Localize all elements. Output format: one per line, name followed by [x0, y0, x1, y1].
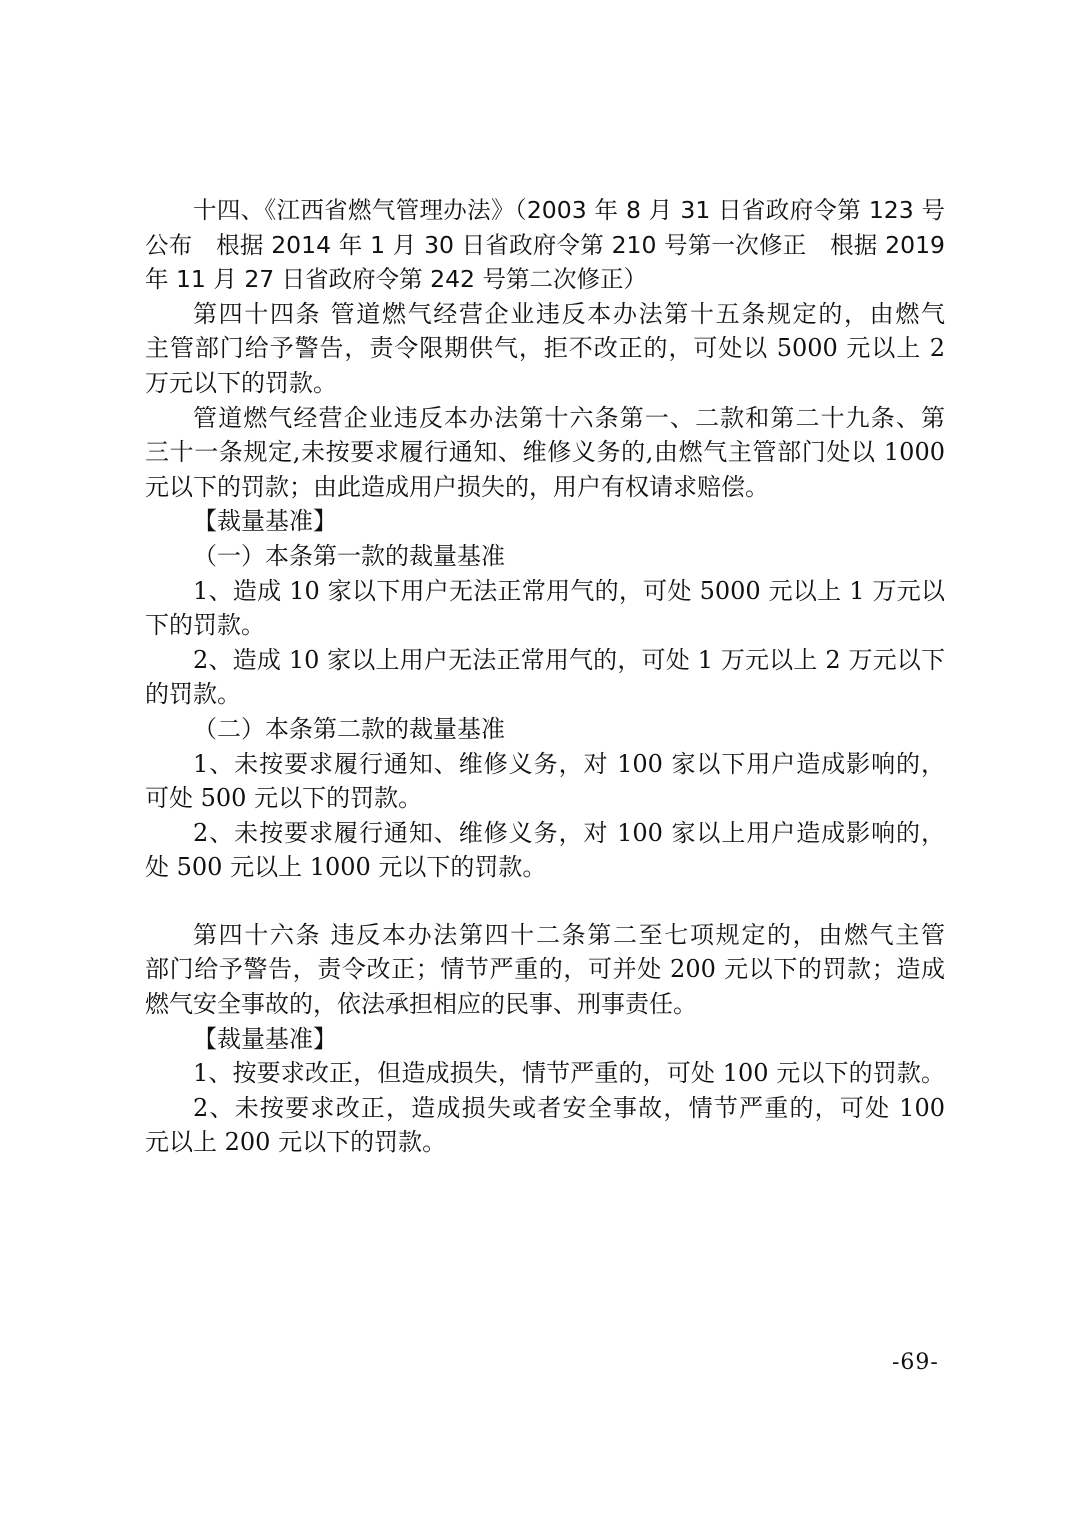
- text-line: 管道燃气经营企业违反本办法第十六条第一、二款和第二十九条、第: [145, 401, 945, 436]
- text-line: 2、未按要求履行通知、维修义务，对 100 家以上用户造成影响的，: [145, 816, 945, 851]
- paragraph-gap: [145, 885, 945, 918]
- discretion-standard-title: 【裁量基准】: [145, 1022, 945, 1057]
- document-body: 十四、《江西省燃气管理办法》（2003 年 8 月 31 日省政府令第 123 …: [145, 193, 945, 1160]
- text-line: 处 500 元以上 1000 元以下的罚款。: [145, 850, 945, 885]
- article-44: 第四十四条 管道燃气经营企业违反本办法第十五条规定的，由燃气 主管部门给予警告，…: [145, 297, 945, 885]
- article-44-paragraph-1: 第四十四条 管道燃气经营企业违反本办法第十五条规定的，由燃气 主管部门给予警告，…: [145, 297, 945, 401]
- heading-line: 十四、《江西省燃气管理办法》（2003 年 8 月 31 日省政府令第 123 …: [145, 193, 945, 228]
- text-line: 下的罚款。: [145, 608, 945, 643]
- text-line: 三十一条规定,未按要求履行通知、维修义务的,由燃气主管部门处以 1000: [145, 435, 945, 470]
- article-46-paragraph-1: 第四十六条 违反本办法第四十二条第二至七项规定的，由燃气主管 部门给予警告，责令…: [145, 918, 945, 1022]
- text-line: 1、未按要求履行通知、维修义务，对 100 家以下用户造成影响的，: [145, 747, 945, 782]
- text-line: 燃气安全事故的，依法承担相应的民事、刑事责任。: [145, 987, 945, 1022]
- article-44-paragraph-2: 管道燃气经营企业违反本办法第十六条第一、二款和第二十九条、第 三十一条规定,未按…: [145, 401, 945, 505]
- section-title: （二）本条第二款的裁量基准: [145, 712, 945, 747]
- regulation-heading: 十四、《江西省燃气管理办法》（2003 年 8 月 31 日省政府令第 123 …: [145, 193, 945, 297]
- section-title: （一）本条第一款的裁量基准: [145, 539, 945, 574]
- section-1-standard: （一）本条第一款的裁量基准 1、造成 10 家以下用户无法正常用气的，可处 50…: [145, 539, 945, 712]
- heading-line: 年 11 月 27 日省政府令第 242 号第二次修正）: [145, 262, 945, 297]
- page-number: -69-: [892, 1350, 939, 1375]
- text-line: 2、未按要求改正，造成损失或者安全事故，情节严重的，可处 100: [145, 1091, 945, 1126]
- text-line: 部门给予警告，责令改正；情节严重的，可并处 200 元以下的罚款；造成: [145, 952, 945, 987]
- text-line: 主管部门给予警告，责令限期供气，拒不改正的，可处以 5000 元以上 2: [145, 331, 945, 366]
- document-page: 十四、《江西省燃气管理办法》（2003 年 8 月 31 日省政府令第 123 …: [0, 0, 1075, 1520]
- text-line: 的罚款。: [145, 677, 945, 712]
- text-line: 2、造成 10 家以上用户无法正常用气的，可处 1 万元以上 2 万元以下: [145, 643, 945, 678]
- text-line: 第四十六条 违反本办法第四十二条第二至七项规定的，由燃气主管: [145, 918, 945, 953]
- text-line: 1、按要求改正，但造成损失，情节严重的，可处 100 元以下的罚款。: [145, 1056, 945, 1091]
- text-line: 1、造成 10 家以下用户无法正常用气的，可处 5000 元以上 1 万元以: [145, 574, 945, 609]
- text-line: 可处 500 元以下的罚款。: [145, 781, 945, 816]
- text-line: 万元以下的罚款。: [145, 366, 945, 401]
- section-2-standard: （二）本条第二款的裁量基准 1、未按要求履行通知、维修义务，对 100 家以下用…: [145, 712, 945, 885]
- text-line: 元以下的罚款；由此造成用户损失的，用户有权请求赔偿。: [145, 470, 945, 505]
- article-46: 第四十六条 违反本办法第四十二条第二至七项规定的，由燃气主管 部门给予警告，责令…: [145, 918, 945, 1160]
- text-line: 第四十四条 管道燃气经营企业违反本办法第十五条规定的，由燃气: [145, 297, 945, 332]
- text-line: 元以上 200 元以下的罚款。: [145, 1125, 945, 1160]
- heading-line: 公布 根据 2014 年 1 月 30 日省政府令第 210 号第一次修正 根据…: [145, 228, 945, 263]
- discretion-standard-title: 【裁量基准】: [145, 504, 945, 539]
